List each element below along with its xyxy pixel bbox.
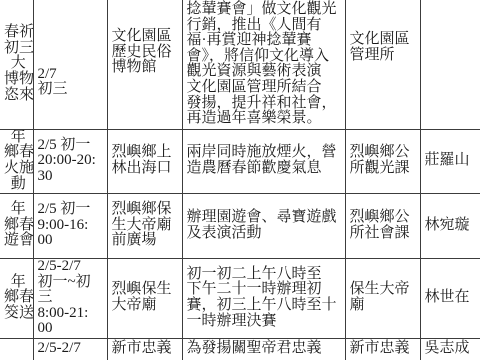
cell-location: 烈嶼鄉保 生大帝廟 前廣場 [107, 193, 182, 258]
cell-activity-name [0, 338, 33, 360]
cell-contact-person: 吳志成 [420, 338, 480, 360]
cell-organizer: 保生大帝 廟 [345, 258, 420, 338]
cell-contact-person [420, 0, 480, 129]
cell-description: 初一初二上午八時至 下午二十一時辦理初 賽，初三上午八時至十 一時辦理決賽 [182, 258, 345, 338]
cell-contact-person: 林世在 [420, 258, 480, 338]
cell-location: 烈嶼鄉上 林出海口 [107, 129, 182, 193]
cell-activity-name: 年 鄉春 筊送 [0, 258, 33, 338]
cell-location: 烈嶼保生 大帝廟 [107, 258, 182, 338]
document-page: 春祈 初三 大 博物 恣來 2/7 初三 文化園區 歷史民俗 博物館 捻輦賽會」… [0, 0, 480, 360]
cell-date: 2/7 初三 [33, 0, 107, 129]
table-row: 2/5-2/7 新市忠義 為發揚關聖帝君忠義 新市忠義 吳志成 [0, 338, 480, 360]
cell-description: 為發揚關聖帝君忠義 [182, 338, 345, 360]
table-row: 年 鄉春 火施 動 2/5 初一 20:00-20: 30 烈嶼鄉上 林出海口 … [0, 129, 480, 193]
cell-organizer: 烈嶼鄉公 所社會課 [345, 193, 420, 258]
cell-description: 兩岸同時施放煙火，營 造農曆春節歡慶氣息 [182, 129, 345, 193]
cell-organizer: 文化園區 管理所 [345, 0, 420, 129]
cell-description: 捻輦賽會」做文化觀光 行銷，推出《人間有 福·再賞迎神捻輦賽 會》，將信仰文化導… [182, 0, 345, 129]
table-row: 春祈 初三 大 博物 恣來 2/7 初三 文化園區 歷史民俗 博物館 捻輦賽會」… [0, 0, 480, 129]
cell-date: 2/5 初一 20:00-20: 30 [33, 129, 107, 193]
cell-contact-person: 莊羅山 [420, 129, 480, 193]
cell-location: 文化園區 歷史民俗 博物館 [107, 0, 182, 129]
table-row: 年 鄉春 遊會 2/5 初一 9:00-16: 00 烈嶼鄉保 生大帝廟 前廣場… [0, 193, 480, 258]
cell-date: 2/5-2/7 初一~初 三 8:00-21: 00 [33, 258, 107, 338]
cell-activity-name: 年 鄉春 遊會 [0, 193, 33, 258]
cell-description: 辦理園遊會、尋寶遊戲 及表演活動 [182, 193, 345, 258]
cell-contact-person: 林宛璇 [420, 193, 480, 258]
cell-activity-name: 年 鄉春 火施 動 [0, 129, 33, 193]
cell-organizer: 新市忠義 [345, 338, 420, 360]
table-row: 年 鄉春 筊送 2/5-2/7 初一~初 三 8:00-21: 00 烈嶼保生 … [0, 258, 480, 338]
cell-location: 新市忠義 [107, 338, 182, 360]
events-table: 春祈 初三 大 博物 恣來 2/7 初三 文化園區 歷史民俗 博物館 捻輦賽會」… [0, 0, 480, 360]
cell-organizer: 烈嶼鄉公 所觀光課 [345, 129, 420, 193]
cell-activity-name: 春祈 初三 大 博物 恣來 [0, 0, 33, 129]
cell-date: 2/5-2/7 [33, 338, 107, 360]
cell-date: 2/5 初一 9:00-16: 00 [33, 193, 107, 258]
